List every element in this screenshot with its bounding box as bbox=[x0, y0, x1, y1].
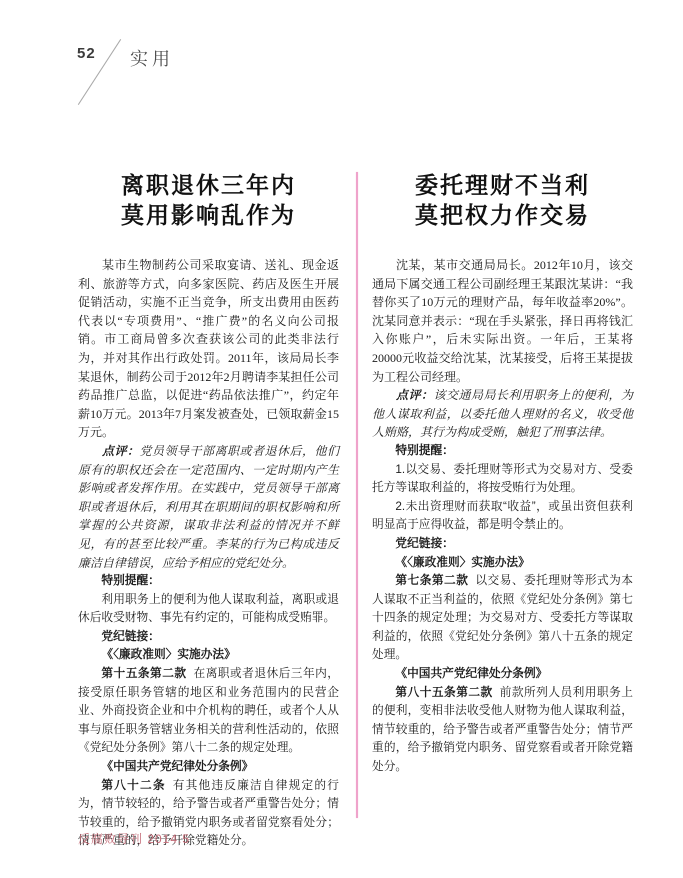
clause-label: 第八十二条 bbox=[101, 779, 165, 792]
left-title-line1: 离职退休三年内 bbox=[78, 171, 339, 201]
clause-paragraph: 第七条第二款以交易、委托理财等形式为本人谋取不正当利益的，依照《党纪处分条例》第… bbox=[372, 572, 633, 665]
clause-label: 第八十五条第二款 bbox=[395, 686, 492, 699]
section-title: 实用 bbox=[130, 45, 174, 71]
right-title-line2: 莫把权力作交易 bbox=[372, 201, 633, 231]
case-paragraph: 沈某，某市交通局局长。2012年10月，该交通局下属交通工程公司副经理王某跟沈某… bbox=[372, 256, 633, 386]
reminder-item: 2.未出资理财而获取“收益”，或虽出资但获利明显高于应得收益，都是明令禁止的。 bbox=[372, 498, 633, 535]
comment-paragraph: 点评：该交通局局长利用职务上的便利，为他人谋取利益，以委托他人理财的名义，收受他… bbox=[372, 386, 633, 442]
reminder-label: 特别提醒： bbox=[372, 442, 633, 461]
right-article-title: 委托理财不当利 莫把权力作交易 bbox=[372, 171, 633, 231]
discipline-link-label: 党纪链接： bbox=[78, 628, 339, 647]
regulation-title: 《〈廉政准则〉实施办法》 bbox=[78, 646, 339, 665]
column-divider bbox=[356, 172, 358, 818]
journal-footer: 反腐败导刊 2014.5 bbox=[78, 830, 190, 847]
reminder-text: 利用职务上的便利为他人谋取利益，离职或退休后收受财物、事先有约定的，可能构成受贿… bbox=[78, 591, 339, 628]
regulation-title: 《中国共产党纪律处分条例》 bbox=[78, 758, 339, 777]
comment-label: 点评： bbox=[102, 444, 140, 458]
left-title-line2: 莫用影响乱作为 bbox=[78, 201, 339, 231]
clause-paragraph: 第八十五条第二款前款所列人员利用职务上的便利，变相非法收受他人财物为他人谋取利益… bbox=[372, 684, 633, 777]
left-article-title: 离职退休三年内 莫用影响乱作为 bbox=[78, 171, 339, 231]
magazine-page: 52 实用 离职退休三年内 莫用影响乱作为 委托理财不当利 莫把权力作交易 某市… bbox=[0, 0, 683, 878]
clause-label: 第十五条第二款 bbox=[101, 667, 186, 680]
left-article-body: 某市生物制药公司采取宴请、送礼、现金返利、旅游等方式，向多家医院、药店及医生开展… bbox=[78, 256, 339, 851]
comment-paragraph: 点评：党员领导干部离职或者退休后，他们原有的职权还会在一定范围内、一定时期内产生… bbox=[78, 442, 339, 572]
right-article-body: 沈某，某市交通局局长。2012年10月，该交通局下属交通工程公司副经理王某跟沈某… bbox=[372, 256, 633, 777]
page-number: 52 bbox=[77, 45, 96, 62]
case-paragraph: 某市生物制药公司采取宴请、送礼、现金返利、旅游等方式，向多家医院、药店及医生开展… bbox=[78, 256, 339, 442]
regulation-title: 《〈廉政准则〉实施办法》 bbox=[372, 554, 633, 573]
regulation-title: 《中国共产党纪律处分条例》 bbox=[372, 665, 633, 684]
clause-label: 第七条第二款 bbox=[395, 574, 468, 587]
right-title-line1: 委托理财不当利 bbox=[372, 171, 633, 201]
reminder-label: 特别提醒： bbox=[78, 572, 339, 591]
reminder-item: 1.以交易、委托理财等形式为交易对方、受委托方等谋取利益的，将按受贿行为处理。 bbox=[372, 461, 633, 498]
clause-paragraph: 第十五条第二款在离职或者退休后三年内，接受原任职务管辖的地区和业务范围内的民营企… bbox=[78, 665, 339, 758]
discipline-link-label: 党纪链接： bbox=[372, 535, 633, 554]
comment-label: 点评： bbox=[396, 388, 434, 402]
